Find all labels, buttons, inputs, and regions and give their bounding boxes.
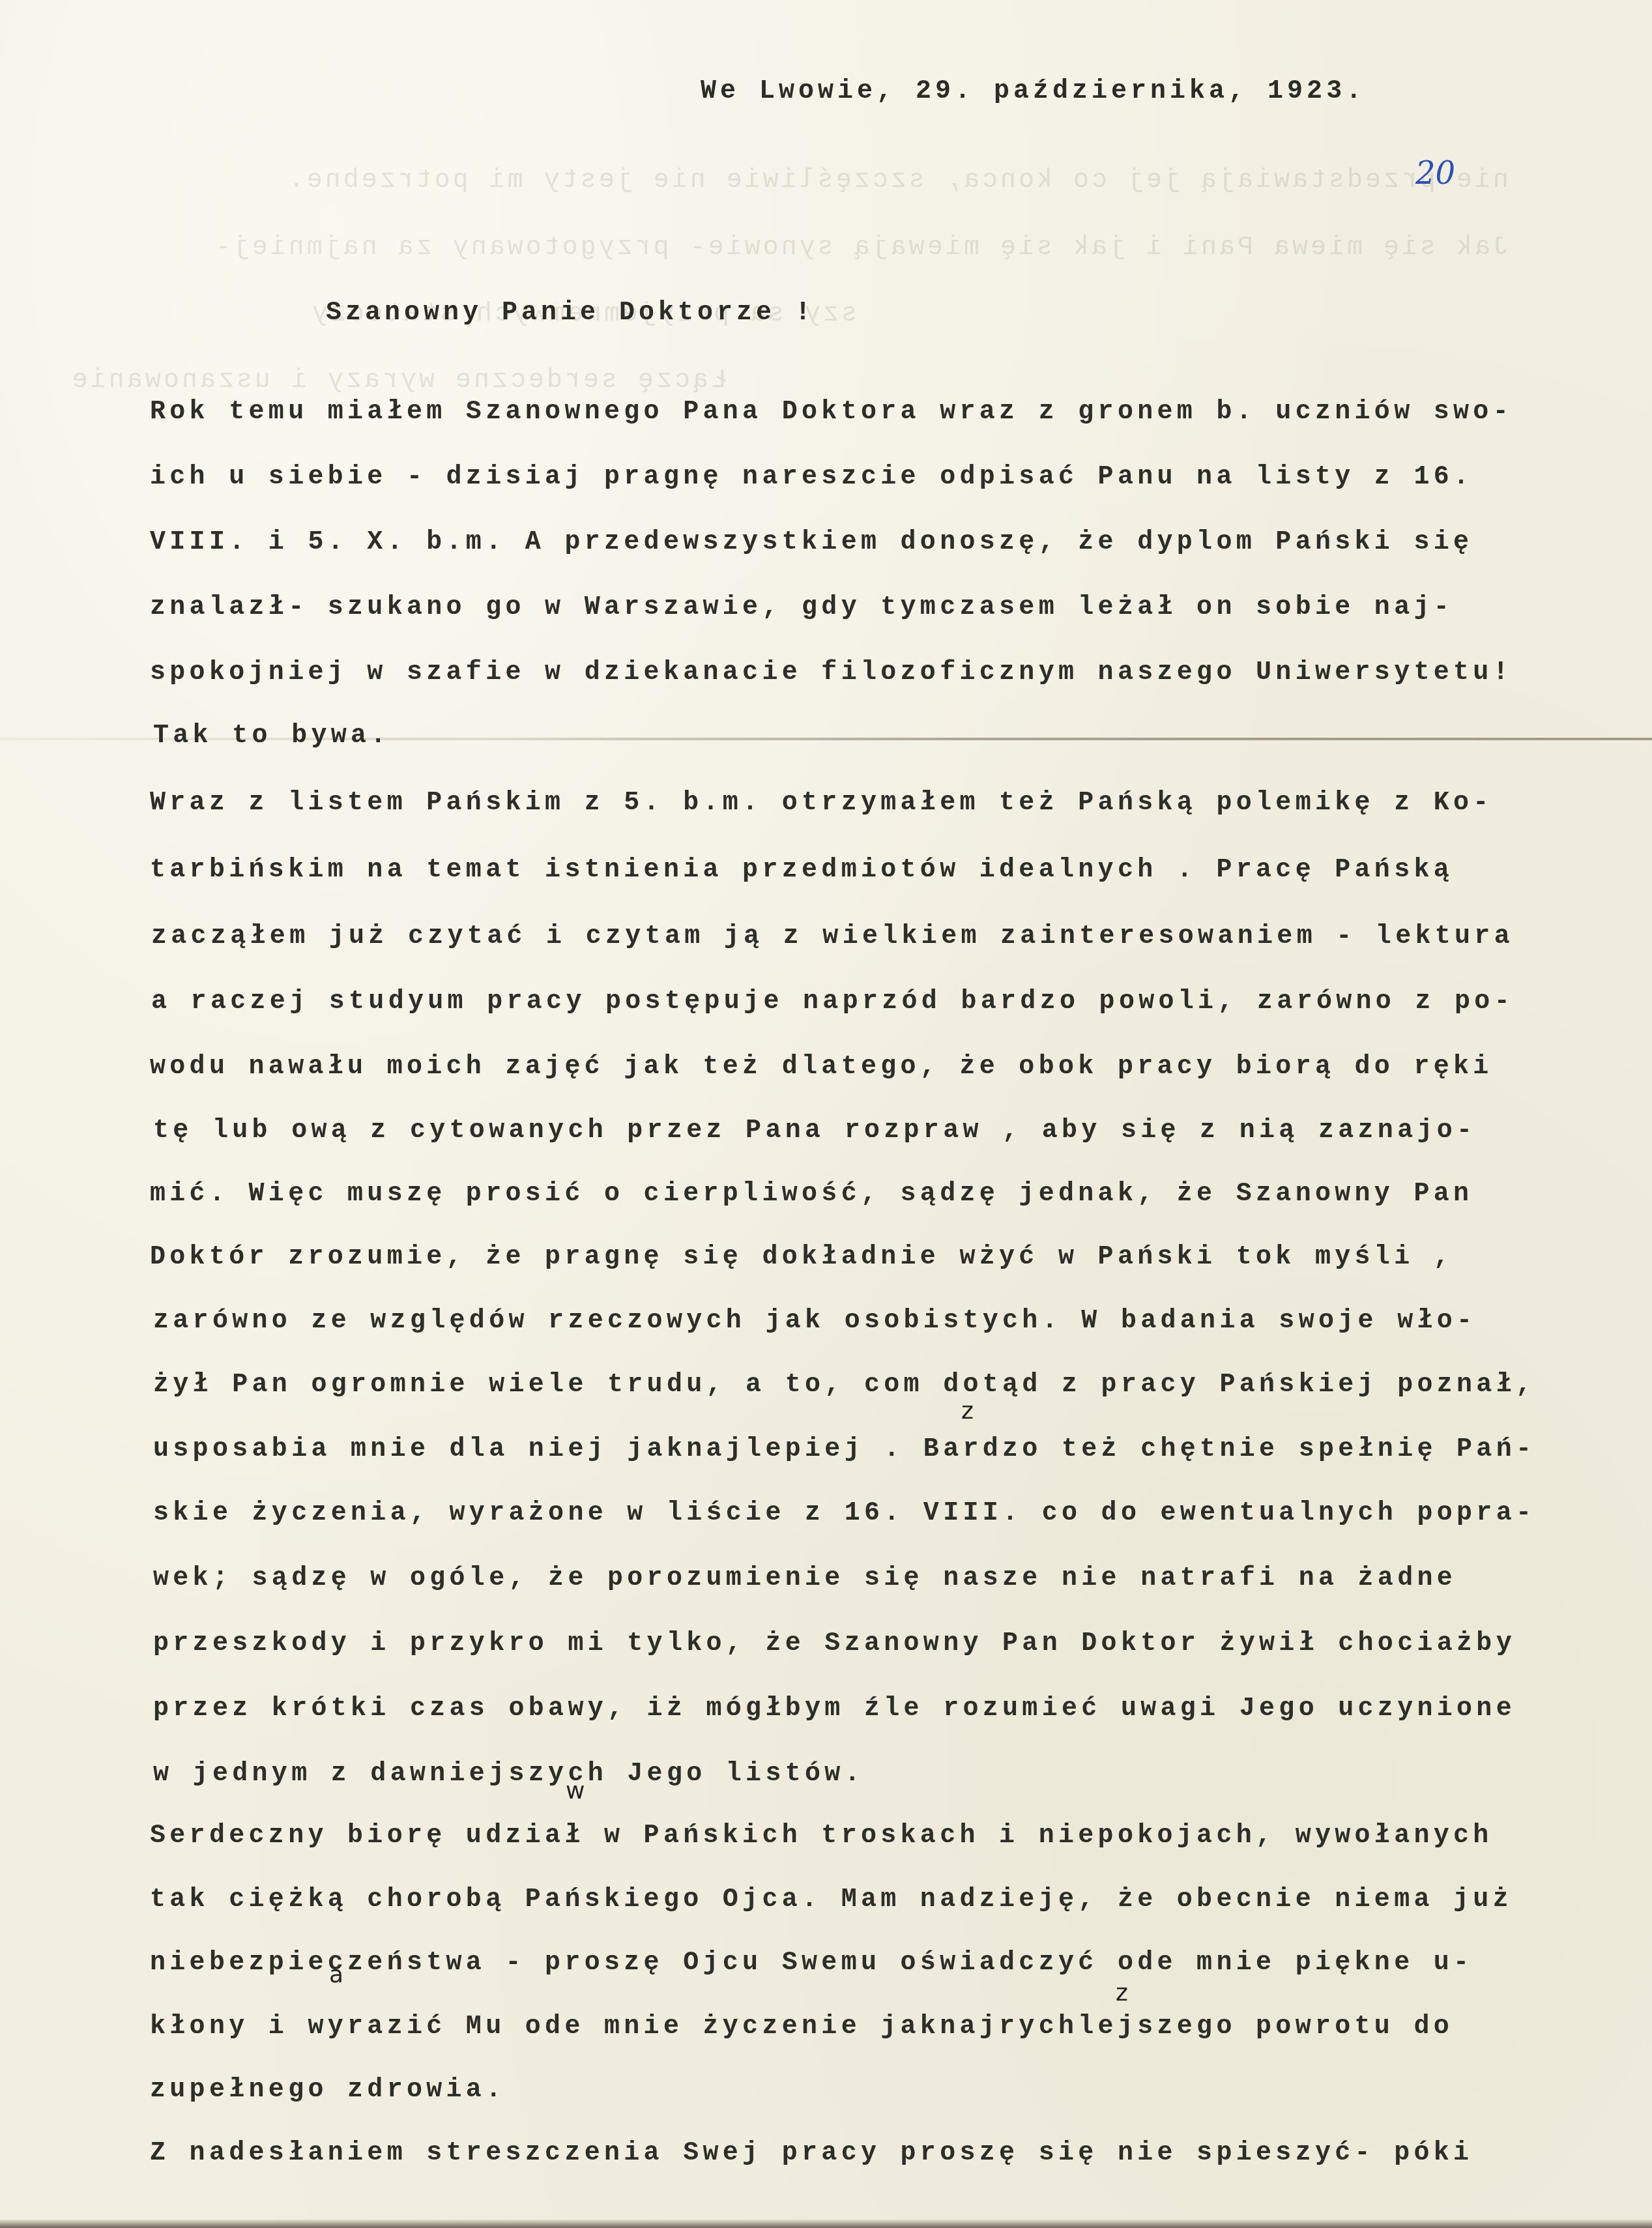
body-line: spokojniej w szafie w dziekanacie filozo… bbox=[150, 658, 1513, 687]
body-line: wek; sądzę w ogóle, że porozumienie się … bbox=[153, 1564, 1456, 1593]
handwritten-correction: z bbox=[1116, 1980, 1128, 2006]
body-line: Serdeczny biorę udział w Pańskich troska… bbox=[150, 1821, 1493, 1851]
bleed-line: Jak się miewa Pani i jak się miewają syn… bbox=[213, 233, 1509, 263]
body-line: zacząłem już czytać i czytam ją z wielki… bbox=[151, 922, 1514, 951]
bleed-through-text: nie przedstawiają jej co konca, szczęśli… bbox=[0, 0, 1652, 147]
body-line: niebezpieczeństwa - proszę Ojcu Swemu oś… bbox=[150, 1948, 1473, 1978]
body-line: przez krótki czas obawy, iż mógłbym źle … bbox=[153, 1694, 1516, 1724]
body-line: zarówno ze względów rzeczowych jak osobi… bbox=[153, 1307, 1476, 1336]
letter-dateline: We Lwowie, 29. października, 1923. bbox=[701, 77, 1365, 106]
bleed-line: Łączę serdeczne wyrazy i uszanowanie bbox=[70, 366, 727, 396]
body-line: kłony i wyrazić Mu ode mnie życzenie jak… bbox=[150, 2012, 1453, 2042]
body-line: żył Pan ogromnie wiele trudu, a to, com … bbox=[153, 1370, 1535, 1400]
handwritten-correction: z bbox=[961, 1398, 974, 1425]
body-line: VIII. i 5. X. b.m. A przedewszystkiem do… bbox=[150, 528, 1473, 557]
body-line: wodu nawału moich zajęć jak też dlatego,… bbox=[150, 1052, 1493, 1082]
body-line: Z nadesłaniem streszczenia Swej pracy pr… bbox=[150, 2139, 1473, 2168]
letter-salutation: Szanowny Panie Doktorze ! bbox=[326, 298, 815, 328]
body-line: Wraz z listem Pańskim z 5. b.m. otrzymał… bbox=[150, 788, 1493, 818]
handwritten-correction: a bbox=[329, 1961, 343, 1988]
body-line: przeszkody i przykro mi tylko, że Szanow… bbox=[153, 1629, 1516, 1658]
body-line: mić. Więc muszę prosić o cierpliwość, są… bbox=[150, 1179, 1473, 1209]
body-line: skie życzenia, wyrażone w liście z 16. V… bbox=[153, 1499, 1535, 1528]
body-line: tę lub ową z cytowanych przez Pana rozpr… bbox=[153, 1116, 1476, 1146]
body-line: Rok temu miałem Szanownego Pana Doktora … bbox=[150, 398, 1513, 427]
handwritten-correction: w bbox=[566, 1778, 585, 1804]
body-line: Tak to bywa. bbox=[153, 721, 390, 751]
body-line: w jednym z dawniejszych Jego listów. bbox=[153, 1759, 864, 1789]
body-line: a raczej studyum pracy postępuje naprzód… bbox=[151, 987, 1514, 1017]
body-line: Doktór zrozumie, że pragnę się dokładnie… bbox=[150, 1243, 1453, 1272]
body-line: tarbińskim na temat istnienia przedmiotó… bbox=[150, 856, 1453, 885]
paper-bottom-edge bbox=[0, 2220, 1652, 2228]
bleed-line: nie przedstawiają jej co konca, szczęśli… bbox=[286, 166, 1509, 195]
body-line: zupełnego zdrowia. bbox=[150, 2076, 505, 2105]
body-line: tak ciężką chorobą Pańskiego Ojca. Mam n… bbox=[150, 1885, 1513, 1915]
body-line: znalazł- szukano go w Warszawie, gdy tym… bbox=[150, 593, 1453, 622]
body-line: ich u siebie - dzisiaj pragnę nareszcie … bbox=[150, 463, 1473, 492]
body-line: usposabia mnie dla niej jaknajlepiej . B… bbox=[153, 1435, 1535, 1464]
handwritten-page-number: 20 bbox=[1415, 155, 1455, 192]
